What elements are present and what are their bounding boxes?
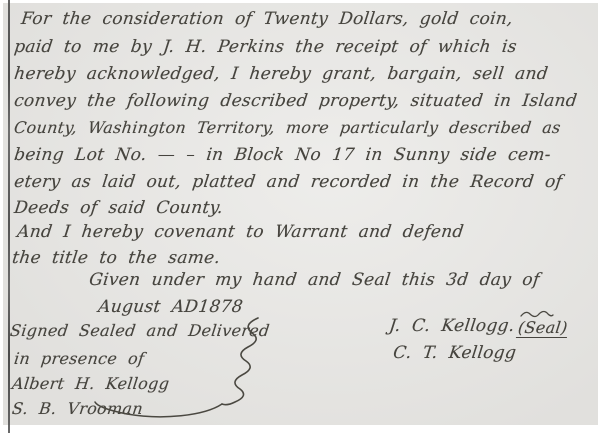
signature-2: C. T. Kellogg <box>392 343 517 363</box>
witness-brace-flourish <box>70 314 270 419</box>
seal-label: (Seal) <box>516 318 570 338</box>
deed-body-line-4: convey the following described property,… <box>13 91 578 111</box>
signature-1-name: J. C. Kellogg. <box>388 316 516 336</box>
seal-flourish-icon <box>520 310 554 318</box>
execution-line-1: Given under my hand and Seal this 3d day… <box>88 270 541 290</box>
signature-2-name: C. T. Kellogg <box>392 343 517 363</box>
deed-body-line-5: County, Washington Territory, more parti… <box>13 118 562 137</box>
deed-body-line-1: For the consideration of Twenty Dollars,… <box>20 9 514 29</box>
page-edge-line <box>8 0 10 433</box>
deed-body-line-6: being Lot No. — – in Block No 17 in Sunn… <box>13 145 552 165</box>
deed-body-line-3: hereby acknowledged, I hereby grant, bar… <box>13 64 549 84</box>
covenant-line-1: And I hereby covenant to Warrant and def… <box>16 222 465 242</box>
deed-body-line-7: etery as laid out, platted and recorded … <box>13 172 563 192</box>
signature-1: J. C. Kellogg. <box>388 316 516 336</box>
deed-body-line-2: paid to me by J. H. Perkins the receipt … <box>13 37 518 57</box>
scanned-deed-document: For the consideration of Twenty Dollars,… <box>0 0 600 433</box>
covenant-line-2: the title to the same. <box>11 248 221 268</box>
deed-body-line-8: Deeds of said County. <box>13 198 224 218</box>
seal-mark: (Seal) <box>516 318 570 337</box>
